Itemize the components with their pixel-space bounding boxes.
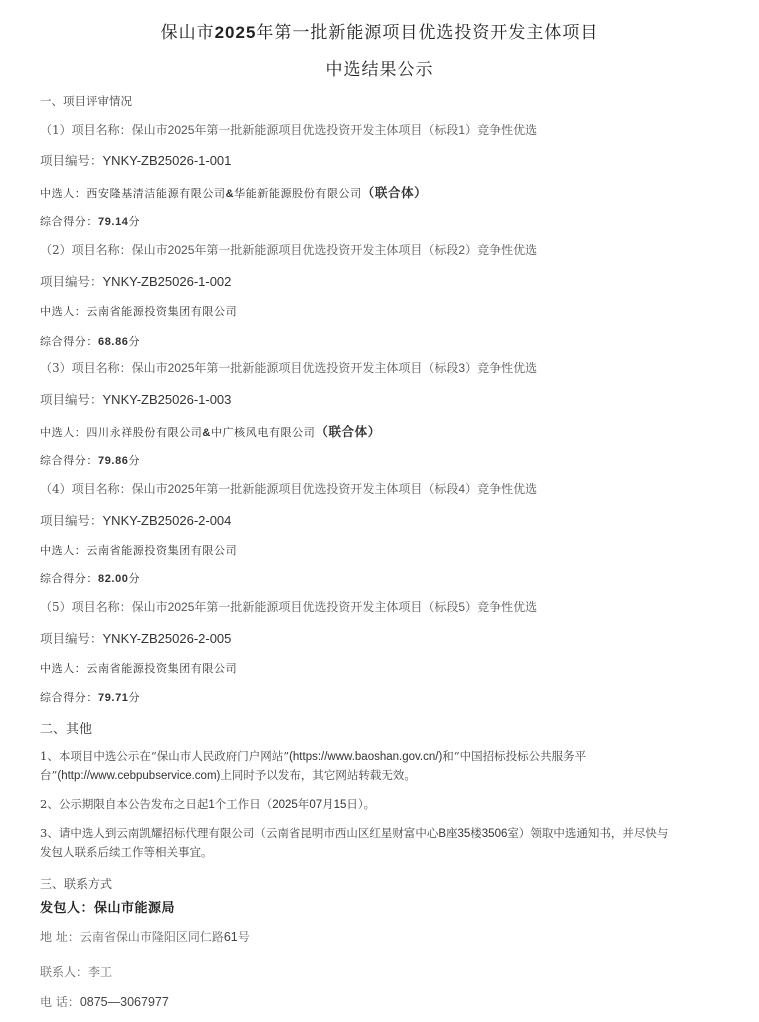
project-5-score: 综合得分：79.71分 <box>40 689 140 705</box>
name-suffix: ）竞争性优选 <box>465 243 537 257</box>
winner-company-2: 华能新能源股份有限公司 <box>234 187 362 200</box>
name-label: 项目名称： <box>72 123 132 137</box>
project-code: YNKY-ZB25026-2-004 <box>103 513 232 528</box>
project-5-name: （5）项目名称：保山市2025年第一批新能源项目优选投资开发主体项目（标段5）竞… <box>40 598 537 615</box>
text: 年 <box>298 797 310 811</box>
name-prefix: 保山市 <box>132 482 168 496</box>
other-item-3-line2: 发包人联系后续工作等相关事宜。 <box>40 842 213 862</box>
text: 2、公示期限自本公告发布之日起 <box>40 797 208 811</box>
date-month: 07 <box>309 799 322 811</box>
score-label: 综合得分： <box>40 215 98 228</box>
winner-company-1: 云南省能源投资集团有限公司 <box>86 662 237 675</box>
name-year: 2025 <box>168 123 195 137</box>
text: 楼 <box>470 826 482 840</box>
project-5-code: 项目编号：YNKY-ZB25026-2-005 <box>40 629 231 647</box>
contact-person-line: 联系人：李工 <box>40 963 112 980</box>
date-day: 15 <box>334 799 347 811</box>
winner-label: 中选人： <box>40 305 86 318</box>
name-year: 2025 <box>168 243 195 257</box>
project-3-score: 综合得分：79.86分 <box>40 452 140 468</box>
project-1-winner: 中选人：西安隆基清洁能源有限公司&华能新能源股份有限公司（联合体） <box>40 183 427 201</box>
score-unit: 分 <box>129 454 141 467</box>
project-2-winner: 中选人：云南省能源投资集团有限公司 <box>40 303 237 319</box>
phone-line: 电 话：0875—3067977 <box>40 993 169 1010</box>
name-mid: 年第一批新能源项目优选投资开发主体项目（标段 <box>194 361 458 375</box>
project-code: YNKY-ZB25026-1-002 <box>103 274 232 289</box>
text: 上同时予以发布，其它网站转载无效。 <box>220 768 416 782</box>
contact-name: 李工 <box>88 965 112 979</box>
name-prefix: 保山市 <box>132 243 168 257</box>
winner-label: 中选人： <box>40 426 86 439</box>
winner-label: 中选人： <box>40 662 86 675</box>
other-item-1-line1: 1、本项目中选公示在“保山市人民政府门户网站”(https://www.baos… <box>40 746 586 767</box>
winner-company-1: 西安隆基清洁能源有限公司 <box>86 187 225 200</box>
consortium-tag: （联合体） <box>315 424 381 439</box>
name-suffix: ）竞争性优选 <box>465 361 537 375</box>
code-label: 项目编号： <box>40 392 103 407</box>
section-heading-contact: 三、联系方式 <box>40 875 112 892</box>
project-3-name: （3）项目名称：保山市2025年第一批新能源项目优选投资开发主体项目（标段3）竞… <box>40 359 537 376</box>
project-2-name: （2）项目名称：保山市2025年第一批新能源项目优选投资开发主体项目（标段2）竞… <box>40 241 537 258</box>
score-value: 68.86 <box>98 336 129 348</box>
address-line: 地 址：云南省保山市隆阳区同仁路61号 <box>40 928 250 945</box>
address-label: 地 址： <box>40 930 80 944</box>
name-mid: 年第一批新能源项目优选投资开发主体项目（标段 <box>194 600 458 614</box>
name-label: 项目名称： <box>72 600 132 614</box>
project-4-name: （4）项目名称：保山市2025年第一批新能源项目优选投资开发主体项目（标段4）竞… <box>40 480 537 497</box>
winner-company-2: 中广核风电有限公司 <box>211 426 315 439</box>
other-item-1-line2: 台”(http://www.cebpubservice.com)上同时予以发布，… <box>40 765 416 786</box>
score-label: 综合得分： <box>40 691 98 704</box>
document-title-line1: 保山市2025年第一批新能源项目优选投资开发主体项目 <box>0 18 759 43</box>
project-4-winner: 中选人：云南省能源投资集团有限公司 <box>40 542 237 558</box>
project-3-code: 项目编号：YNKY-ZB25026-1-003 <box>40 390 231 408</box>
section-heading-review: 一、项目评审情况 <box>40 93 132 109</box>
project-4-code: 项目编号：YNKY-ZB25026-2-004 <box>40 511 231 529</box>
name-mid: 年第一批新能源项目优选投资开发主体项目（标段 <box>194 123 458 137</box>
title-suffix: 年第一批新能源项目优选投资开发主体项目 <box>256 23 598 43</box>
project-index: （3） <box>40 361 72 375</box>
project-1-name: （1）项目名称：保山市2025年第一批新能源项目优选投资开发主体项目（标段1）竞… <box>40 121 537 138</box>
document-title-line2: 中选结果公示 <box>0 55 759 80</box>
name-prefix: 保山市 <box>132 361 168 375</box>
title-prefix: 保山市 <box>161 23 215 43</box>
score-label: 综合得分： <box>40 572 98 585</box>
name-suffix: ）竞争性优选 <box>465 123 537 137</box>
project-4-score: 综合得分：82.00分 <box>40 570 140 586</box>
name-year: 2025 <box>168 600 195 614</box>
text: 室）领取中选通知书，并尽快与 <box>507 826 668 840</box>
project-index: （1） <box>40 123 72 137</box>
winner-ampersand: & <box>202 427 211 439</box>
code-label: 项目编号： <box>40 153 103 168</box>
text: 1、本项目中选公示在“保山市人民政府门户网站” <box>40 749 289 763</box>
project-code: YNKY-ZB25026-2-005 <box>103 631 232 646</box>
employer-line: 发包人：保山市能源局 <box>40 897 175 916</box>
project-1-score: 综合得分：79.14分 <box>40 213 140 229</box>
other-item-3-line1: 3、请中选人到云南凯耀招标代理有限公司（云南省昆明市西山区红星财富中心B座35楼… <box>40 823 668 844</box>
score-value: 79.86 <box>98 455 129 467</box>
other-item-2: 2、公示期限自本公告发布之日起1个工作日（2025年07月15日）。 <box>40 794 375 815</box>
floor-number: 35 <box>457 828 470 840</box>
title-year: 2025 <box>215 23 257 42</box>
project-5-winner: 中选人：云南省能源投资集团有限公司 <box>40 660 237 676</box>
score-unit: 分 <box>129 572 141 585</box>
name-label: 项目名称： <box>72 482 132 496</box>
name-label: 项目名称： <box>72 243 132 257</box>
name-year: 2025 <box>168 482 195 496</box>
score-value: 82.00 <box>98 573 129 585</box>
text: 座 <box>446 826 458 840</box>
project-1-code: 项目编号：YNKY-ZB25026-1-001 <box>40 151 231 169</box>
name-prefix: 保山市 <box>132 600 168 614</box>
phone-number: 0875—3067977 <box>80 995 169 1009</box>
name-prefix: 保山市 <box>132 123 168 137</box>
contact-label: 联系人： <box>40 965 88 979</box>
section-heading-other: 二、其他 <box>40 718 92 737</box>
score-value: 79.14 <box>98 216 129 228</box>
text: B <box>438 828 446 840</box>
address-suffix: 号 <box>238 930 250 944</box>
score-label: 综合得分： <box>40 335 98 348</box>
score-value: 79.71 <box>98 692 129 704</box>
consortium-tag: （联合体） <box>362 185 428 200</box>
employer-label: 发包人： <box>40 901 94 916</box>
code-label: 项目编号： <box>40 631 103 646</box>
project-index: （2） <box>40 243 72 257</box>
project-index: （5） <box>40 600 72 614</box>
name-label: 项目名称： <box>72 361 132 375</box>
winner-ampersand: & <box>226 188 235 200</box>
winner-label: 中选人： <box>40 544 86 557</box>
score-label: 综合得分： <box>40 454 98 467</box>
winner-company-1: 云南省能源投资集团有限公司 <box>86 544 237 557</box>
winner-label: 中选人： <box>40 187 86 200</box>
address-text: 云南省保山市隆阳区同仁路 <box>80 930 224 944</box>
phone-label: 电 话： <box>40 995 80 1009</box>
text: 日）。 <box>346 797 375 811</box>
code-label: 项目编号： <box>40 513 103 528</box>
project-2-score: 综合得分：68.86分 <box>40 333 140 349</box>
text: 个工作日（ <box>215 797 273 811</box>
project-code: YNKY-ZB25026-1-003 <box>103 392 232 407</box>
date-year: 2025 <box>272 799 298 811</box>
project-2-code: 项目编号：YNKY-ZB25026-1-002 <box>40 272 231 290</box>
name-suffix: ）竞争性优选 <box>465 482 537 496</box>
project-index: （4） <box>40 482 72 496</box>
text: 台” <box>40 768 57 782</box>
name-suffix: ）竞争性优选 <box>465 600 537 614</box>
score-unit: 分 <box>129 691 141 704</box>
score-unit: 分 <box>129 215 141 228</box>
project-3-winner: 中选人：四川永祥股份有限公司&中广核风电有限公司（联合体） <box>40 422 381 440</box>
project-code: YNKY-ZB25026-1-001 <box>103 153 232 168</box>
code-label: 项目编号： <box>40 274 103 289</box>
text: 月 <box>322 797 334 811</box>
address-number: 61 <box>224 930 238 944</box>
winner-company-1: 云南省能源投资集团有限公司 <box>86 305 237 318</box>
room-number: 3506 <box>482 828 508 840</box>
name-year: 2025 <box>168 361 195 375</box>
text: 和“中国招标投标公共服务平 <box>442 749 586 763</box>
name-mid: 年第一批新能源项目优选投资开发主体项目（标段 <box>194 482 458 496</box>
link-cebpubservice[interactable]: (http://www.cebpubservice.com) <box>57 770 220 782</box>
winner-company-1: 四川永祥股份有限公司 <box>86 426 202 439</box>
score-unit: 分 <box>129 335 141 348</box>
link-baoshan-gov[interactable]: (https://www.baoshan.gov.cn/) <box>289 751 442 763</box>
name-mid: 年第一批新能源项目优选投资开发主体项目（标段 <box>194 243 458 257</box>
employer-name: 保山市能源局 <box>94 901 175 916</box>
text: 3、请中选人到云南凯耀招标代理有限公司（云南省昆明市西山区红星财富中心 <box>40 826 438 840</box>
